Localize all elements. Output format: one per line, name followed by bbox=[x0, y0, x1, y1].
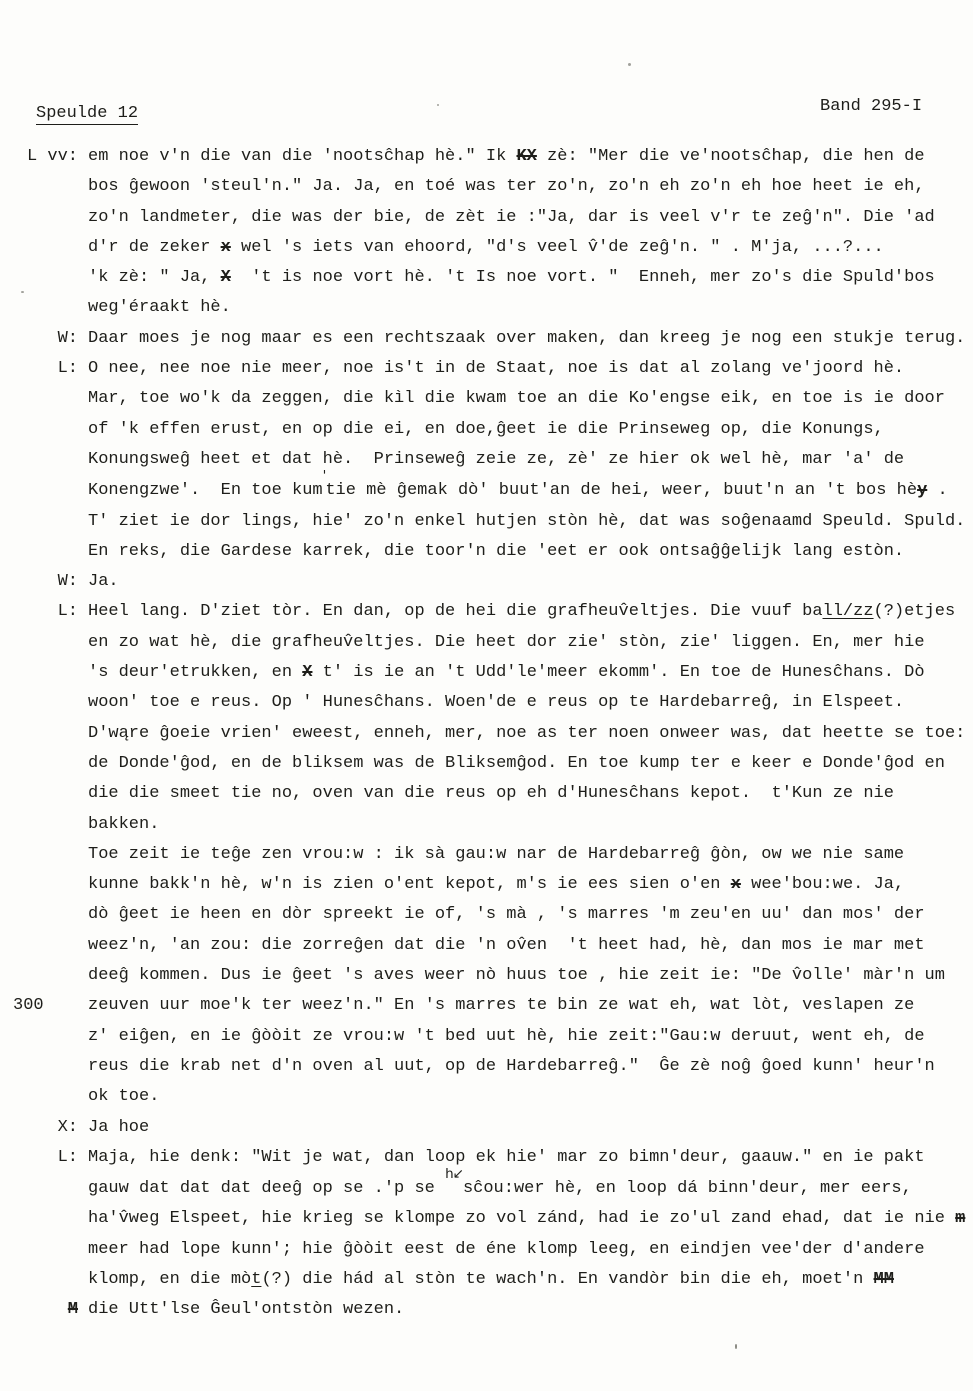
transcript-line: 'k zè: " Ja, X 't is noe vort hè. 't Is … bbox=[0, 263, 973, 293]
line-text: weez'n, 'an zou: die zorreĝen dat die 'n… bbox=[88, 936, 925, 955]
struck-out-text: X bbox=[221, 268, 231, 287]
line-text: klomp, en die mòt(?) die hád al stòn te … bbox=[88, 1270, 894, 1289]
transcript-line: d'r de zeker x wel 's iets van ehoord, "… bbox=[0, 233, 973, 263]
transcript-line: Toe zeit ie teĝe zen vrou:w : ik sà gau:… bbox=[0, 840, 973, 870]
transcript-line: Konungsweĝ heet et dat hè. Prinseweĝ zei… bbox=[0, 445, 973, 475]
transcript-line: 300zeuven uur moe'k ter weez'n." En 's m… bbox=[0, 991, 973, 1021]
line-text: z' eiĝen, en ie ĝòòit ze vrou:w 't bed u… bbox=[88, 1027, 925, 1046]
transcript-line: Mar, toe wo'k da zeggen, die kìl die kwa… bbox=[0, 384, 973, 414]
transcript-line: L:O nee, nee noe nie meer, noe is't in d… bbox=[0, 354, 973, 384]
speaker-label: L vv: bbox=[14, 142, 78, 172]
transcript-line: ok toe. bbox=[0, 1082, 973, 1112]
line-text: T' ziet ie dor lings, hie' zo'n enkel hu… bbox=[88, 512, 965, 531]
transcript-line: W:Ja. bbox=[0, 567, 973, 597]
line-text: zo'n landmeter, die was der bie, de zèt … bbox=[88, 208, 935, 227]
line-text: Ja. bbox=[88, 572, 119, 591]
line-text: Heel lang. D'ziet tòr. En dan, op de hei… bbox=[88, 602, 955, 621]
line-text: d'r de zeker x wel 's iets van ehoord, "… bbox=[88, 238, 884, 257]
struck-out-text: KX bbox=[516, 147, 536, 166]
speaker-label: L: bbox=[14, 597, 78, 627]
line-text: En reks, die Gardese karrek, die toor'n … bbox=[88, 542, 904, 561]
speaker-label: M bbox=[14, 1295, 78, 1325]
transcript-line: Konengzwe'. En toe kum'tie mè ĝemak dò' … bbox=[0, 475, 973, 506]
line-text: zeuven uur moe'k ter weez'n." En 's marr… bbox=[88, 996, 914, 1015]
struck-out-text: m bbox=[955, 1209, 965, 1228]
line-text: bos ĝewoon 'steul'n." Ja. Ja, en toé was… bbox=[88, 177, 925, 196]
transcript-line: zo'n landmeter, die was der bie, de zèt … bbox=[0, 203, 973, 233]
transcript-line: 's deur'etrukken, en X t' is ie an 't Ud… bbox=[0, 658, 973, 688]
transcript-line: kunne bakk'n hè, w'n is zien o'ent kepot… bbox=[0, 870, 973, 900]
transcript-line: of 'k effen erust, en op die ei, en doe,… bbox=[0, 415, 973, 445]
line-text: Daar moes je nog maar es een rechtszaak … bbox=[88, 329, 965, 348]
transcript-line: bos ĝewoon 'steul'n." Ja. Ja, en toé was… bbox=[0, 172, 973, 202]
struck-out-text: x bbox=[731, 875, 741, 894]
line-text: gauw dat dat dat deeĝ op se .'p se h↙sĉo… bbox=[88, 1179, 912, 1198]
transcript-line: deeĝ kommen. Dus ie ĝeet 's aves weer nò… bbox=[0, 961, 973, 991]
transcript-line: L:Maja, hie denk: "Wit je wat, dan loop … bbox=[0, 1143, 973, 1173]
line-text: de Donde'ĝod, en de bliksem was de Bliks… bbox=[88, 754, 945, 773]
line-text: ok toe. bbox=[88, 1087, 159, 1106]
struck-out-text: M bbox=[68, 1300, 78, 1319]
transcript-line: en zo wat hè, die grafheuv̂eltjes. Die h… bbox=[0, 628, 973, 658]
transcript-line: meer had lope kunn'; hie ĝòòit eest de é… bbox=[0, 1235, 973, 1265]
band-number: Band 295-I bbox=[820, 97, 922, 116]
transcript-line: de Donde'ĝod, en de bliksem was de Bliks… bbox=[0, 749, 973, 779]
line-text: Konengzwe'. En toe kum'tie mè ĝemak dò' … bbox=[88, 481, 948, 500]
transcript-line: ha'v̂weg Elspeet, hie krieg se klompe zo… bbox=[0, 1204, 973, 1234]
line-text: Konungsweĝ heet et dat hè. Prinseweĝ zei… bbox=[88, 450, 904, 469]
struck-out-text: X bbox=[302, 663, 312, 682]
underlined-text: ll/zz bbox=[823, 602, 874, 621]
transcript-line: T' ziet ie dor lings, hie' zo'n enkel hu… bbox=[0, 507, 973, 537]
transcript-line: weez'n, 'an zou: die zorreĝen dat die 'n… bbox=[0, 931, 973, 961]
line-text: weg'éraakt hè. bbox=[88, 298, 231, 317]
struck-out-text: x bbox=[221, 238, 231, 257]
line-text: en zo wat hè, die grafheuv̂eltjes. Die h… bbox=[88, 633, 925, 652]
speaker-label: W: bbox=[14, 324, 78, 354]
page-title: Speulde 12 bbox=[36, 104, 138, 125]
speaker-label: X: bbox=[14, 1113, 78, 1143]
speaker-label: L: bbox=[14, 1143, 78, 1173]
document-page: Speulde 12 Band 295-I L vv:em noe v'n di… bbox=[0, 0, 973, 1391]
transcript-line: L:Heel lang. D'ziet tòr. En dan, op de h… bbox=[0, 597, 973, 627]
line-text: woon' toe e reus. Op ' Hunesĉhans. Woen'… bbox=[88, 693, 904, 712]
transcript-line: L vv:em noe v'n die van die 'nootsĉhap h… bbox=[0, 142, 973, 172]
struck-out-text: MM bbox=[874, 1270, 894, 1289]
line-text: kunne bakk'n hè, w'n is zien o'ent kepot… bbox=[88, 875, 904, 894]
scan-speck bbox=[437, 104, 439, 106]
line-text: dò ĝeet ie heen en dòr spreekt ie of, 's… bbox=[88, 905, 925, 924]
line-text: die Utt'lse Ĝeul'ontstòn wezen. bbox=[88, 1300, 404, 1319]
transcript-line: X:Ja hoe bbox=[0, 1113, 973, 1143]
transcript-line: woon' toe e reus. Op ' Hunesĉhans. Woen'… bbox=[0, 688, 973, 718]
handwritten-insertion: h↙ bbox=[445, 1166, 463, 1182]
scan-speck bbox=[628, 63, 631, 66]
line-text: Toe zeit ie teĝe zen vrou:w : ik sà gau:… bbox=[88, 845, 904, 864]
transcript-line: klomp, en die mòt(?) die hád al stòn te … bbox=[0, 1265, 973, 1295]
line-text: D'wąre ĝoeie vrien' eweest, enneh, mer, … bbox=[88, 724, 965, 743]
line-text: ha'v̂weg Elspeet, hie krieg se klompe zo… bbox=[88, 1209, 965, 1228]
line-text: Maja, hie denk: "Wit je wat, dan loop ek… bbox=[88, 1148, 925, 1167]
line-text: 's deur'etrukken, en X t' is ie an 't Ud… bbox=[88, 663, 925, 682]
line-text: em noe v'n die van die 'nootsĉhap hè." I… bbox=[88, 147, 925, 166]
line-text: reus die krab net d'n oven al uut, op de… bbox=[88, 1057, 935, 1076]
transcript-line: W:Daar moes je nog maar es een rechtszaa… bbox=[0, 324, 973, 354]
line-text: 'k zè: " Ja, X 't is noe vort hè. 't Is … bbox=[88, 268, 935, 287]
speaker-label: L: bbox=[14, 354, 78, 384]
transcript-line: En reks, die Gardese karrek, die toor'n … bbox=[0, 537, 973, 567]
transcript-line: Mdie Utt'lse Ĝeul'ontstòn wezen. bbox=[0, 1295, 973, 1325]
transcript-line: gauw dat dat dat deeĝ op se .'p se h↙sĉo… bbox=[0, 1173, 973, 1204]
transcript-line: z' eiĝen, en ie ĝòòit ze vrou:w 't bed u… bbox=[0, 1022, 973, 1052]
transcript-line: die die smeet tie no, oven van die reus … bbox=[0, 779, 973, 840]
transcript-body: L vv:em noe v'n die van die 'nootsĉhap h… bbox=[0, 142, 973, 1326]
transcript-line: D'wąre ĝoeie vrien' eweest, enneh, mer, … bbox=[0, 719, 973, 749]
line-text: O nee, nee noe nie meer, noe is't in de … bbox=[88, 359, 904, 378]
scan-speck bbox=[735, 1344, 737, 1349]
struck-out-text: y bbox=[917, 481, 927, 500]
margin-note: 300 bbox=[13, 991, 44, 1021]
line-text: deeĝ kommen. Dus ie ĝeet 's aves weer nò… bbox=[88, 966, 945, 985]
transcript-line: weg'éraakt hè. bbox=[0, 293, 973, 323]
transcript-line: dò ĝeet ie heen en dòr spreekt ie of, 's… bbox=[0, 900, 973, 930]
transcript-line: reus die krab net d'n oven al uut, op de… bbox=[0, 1052, 973, 1082]
scan-speck bbox=[21, 291, 24, 293]
line-text: of 'k effen erust, en op die ei, en doe,… bbox=[88, 420, 884, 439]
line-text: Ja hoe bbox=[88, 1118, 149, 1137]
line-text: Mar, toe wo'k da zeggen, die kìl die kwa… bbox=[88, 389, 945, 408]
handwritten-insertion: ' bbox=[323, 468, 326, 484]
line-text: meer had lope kunn'; hie ĝòòit eest de é… bbox=[88, 1240, 925, 1259]
speaker-label: W: bbox=[14, 567, 78, 597]
underlined-text: t bbox=[251, 1270, 261, 1289]
line-text: die die smeet tie no, oven van die reus … bbox=[88, 784, 904, 833]
